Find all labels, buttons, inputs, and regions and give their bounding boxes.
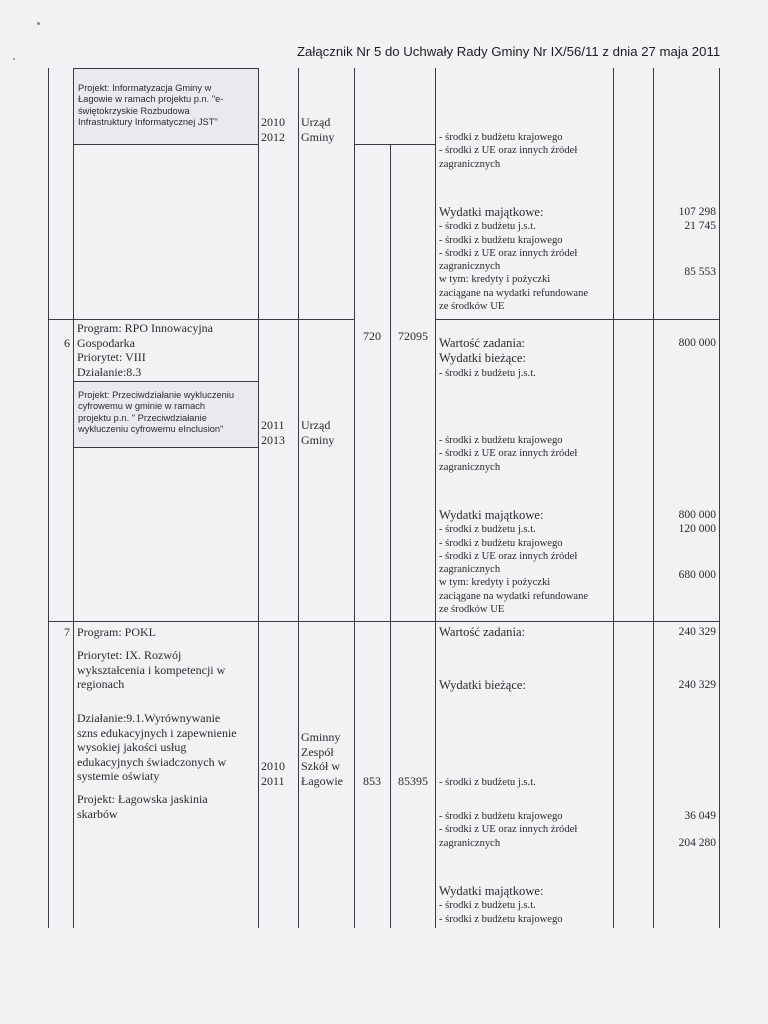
funding-sources: - środki z budżetu krajowego - środki z … [439, 810, 577, 850]
funding-line: - środki z budżetu krajowego [439, 434, 577, 447]
funding-line: - środki z budżetu krajowego [439, 810, 577, 823]
expense-line: - środki z budżetu krajowego [439, 913, 563, 926]
year-end: 2011 [261, 774, 285, 789]
expense-line: - środki z UE oraz innych źródeł [439, 550, 588, 563]
project-line: świętokrzyskie Rozbudowa [78, 106, 258, 117]
project-name: Projekt: Łagowska jaskinia skarbów [77, 792, 208, 821]
current-expenses-label: Wydatki bieżące: [439, 678, 526, 693]
program-line: Program: RPO Innowacyjna [77, 321, 213, 336]
project-box: Projekt: Informatyzacja Gminy w Łagowie … [73, 68, 259, 145]
unit-line: Gminy [301, 433, 334, 448]
current-expenses-label: Wydatki bieżące: [439, 351, 536, 366]
amount: 107 298 [655, 206, 716, 219]
program-info: Program: RPO Innowacyjna Gospodarka Prio… [77, 321, 213, 379]
funding-line: - środki z UE oraz innych źródeł [439, 144, 577, 157]
project-line: Projekt: Przeciwdziałanie wykluczeniu [78, 390, 258, 401]
funding-line: zagranicznych [439, 461, 577, 474]
unit-line: Zespół [301, 745, 343, 760]
project-line: Łagowie w ramach projektu p.n. "e- [78, 94, 258, 105]
rozdzial: 72095 [392, 329, 434, 344]
unit-line: Gminy [301, 130, 334, 145]
project-line: cyfrowemu w gminie w ramach [78, 401, 258, 412]
task-value-label: Wartość zadania: [439, 336, 536, 351]
capital-expenses: Wydatki majątkowe: - środki z budżetu j.… [439, 205, 588, 313]
unit-line: Łagowie [301, 774, 343, 789]
expense-line: - środki z budżetu j.s.t. [439, 220, 588, 233]
expense-line: - środki z budżetu j.s.t. [439, 367, 536, 380]
project-line: projektu p.n. " Przeciwdziałanie [78, 413, 258, 424]
expense-line: - środki z UE oraz innych źródeł [439, 247, 588, 260]
dzial: 720 [356, 329, 388, 344]
priority-line: Priorytet: IX. Rozwój [77, 648, 225, 663]
priority-line: wykształcenia i kompetencji w [77, 663, 225, 678]
expense-line: zagranicznych [439, 260, 588, 273]
unit: Urząd Gminy [301, 418, 334, 447]
table-border [435, 319, 720, 320]
table-border [653, 68, 654, 928]
table-border [73, 68, 74, 928]
expense-line: w tym: kredyty i pożyczki [439, 273, 588, 286]
capital-expenses-label: Wydatki majątkowe: [439, 205, 588, 220]
capital-expenses: Wydatki majątkowe: - środki z budżetu j.… [439, 508, 588, 616]
project-line: Projekt: Informatyzacja Gminy w [78, 83, 258, 94]
project-line: skarbów [77, 807, 208, 822]
amount: 120 000 [655, 523, 716, 536]
project-line: Projekt: Łagowska jaskinia [77, 792, 208, 807]
measure-line: systemie oświaty [77, 769, 237, 784]
program-line: Gospodarka [77, 336, 213, 351]
capital-expenses-label: Wydatki majątkowe: [439, 508, 588, 523]
year-end: 2013 [261, 433, 285, 448]
expense-line: - środki z budżetu krajowego [439, 537, 588, 550]
priority: Priorytet: IX. Rozwój wykształcenia i ko… [77, 648, 225, 692]
funding-sources: - środki z budżetu krajowego - środki z … [439, 434, 577, 474]
year-end: 2012 [261, 130, 285, 145]
amount: 36 049 [655, 810, 716, 823]
capital-expenses-label: Wydatki majątkowe: [439, 884, 563, 899]
project-line: Infrastruktury Informatycznej JST" [78, 117, 258, 128]
amount: 800 000 [655, 337, 716, 350]
scan-speck [13, 58, 15, 60]
project-line: wykluczeniu cyfrowemu eInclusion" [78, 424, 258, 435]
expense-line: ze środków UE [439, 300, 588, 313]
table-border [48, 68, 49, 928]
funding-line: - środki z budżetu krajowego [439, 131, 577, 144]
measure-line: wysokiej jakości usług [77, 740, 237, 755]
priority-line: regionach [77, 677, 225, 692]
expense-line: ze środków UE [439, 603, 588, 616]
funding-line: zagranicznych [439, 837, 577, 850]
table-border [719, 68, 720, 928]
amount: 240 329 [655, 626, 716, 639]
expense-line: - środki z budżetu j.s.t. [439, 899, 563, 912]
unit-line: Szkół w [301, 759, 343, 774]
amount: 800 000 [655, 509, 716, 522]
amount: 680 000 [655, 569, 716, 582]
expense-line: w tym: kredyty i pożyczki [439, 576, 588, 589]
measure-line: edukacyjnych świadczonych w [77, 755, 237, 770]
table-border [298, 68, 299, 928]
year-start: 2011 [261, 418, 285, 433]
project-box: Projekt: Przeciwdziałanie wykluczeniu cy… [73, 381, 259, 448]
year-start: 2010 [261, 115, 285, 130]
funding-line: - środki z UE oraz innych źródeł [439, 823, 577, 836]
expense-line: zaciągane na wydatki refundowane [439, 287, 588, 300]
program-name: Program: POKL [77, 625, 156, 640]
amount: 204 280 [655, 837, 716, 850]
program-line: Priorytet: VIII [77, 350, 213, 365]
measure: Działanie:9.1.Wyrównywanie szns edukacyj… [77, 711, 237, 784]
task-value-label: Wartość zadania: [439, 625, 525, 640]
funding-line: zagranicznych [439, 158, 577, 171]
table-border [354, 68, 355, 928]
years: 2011 2013 [261, 418, 285, 447]
program-line: Działanie:8.3 [77, 365, 213, 380]
row-number: 7 [50, 625, 70, 640]
expense-line: - środki z budżetu j.s.t. [439, 523, 588, 536]
expense-line: - środki z budżetu krajowego [439, 234, 588, 247]
table-border [613, 68, 614, 928]
years: 2010 2012 [261, 115, 285, 144]
years: 2010 2011 [261, 759, 285, 788]
amount: 240 329 [655, 679, 716, 692]
table-border [354, 144, 436, 145]
table-border [48, 621, 720, 622]
table-border [435, 68, 436, 928]
dzial: 853 [356, 774, 388, 789]
measure-line: Działanie:9.1.Wyrównywanie [77, 711, 237, 726]
measure-line: szns edukacyjnych i zapewnienie [77, 726, 237, 741]
row-number: 6 [50, 336, 70, 351]
unit-line: Urząd [301, 418, 334, 433]
amount: 21 745 [655, 220, 716, 233]
year-start: 2010 [261, 759, 285, 774]
amount: 85 553 [655, 266, 716, 279]
page-header: Załącznik Nr 5 do Uchwały Rady Gminy Nr … [297, 44, 720, 59]
expense-line: zaciągane na wydatki refundowane [439, 590, 588, 603]
scan-speck [37, 22, 40, 25]
unit-line: Gminny [301, 730, 343, 745]
unit: Urząd Gminy [301, 115, 334, 144]
expense-line: - środki z budżetu j.s.t. [439, 776, 536, 789]
table-border [390, 144, 391, 928]
funding-sources: - środki z budżetu krajowego - środki z … [439, 131, 577, 171]
funding-line: - środki z UE oraz innych źródeł [439, 447, 577, 460]
expense-line: zagranicznych [439, 563, 588, 576]
unit-line: Urząd [301, 115, 334, 130]
task-value: Wartość zadania: Wydatki bieżące: - środ… [439, 336, 536, 380]
rozdzial: 85395 [392, 774, 434, 789]
capital-expenses: Wydatki majątkowe: - środki z budżetu j.… [439, 884, 563, 926]
unit: Gminny Zespół Szkół w Łagowie [301, 730, 343, 788]
table-border [258, 68, 259, 928]
